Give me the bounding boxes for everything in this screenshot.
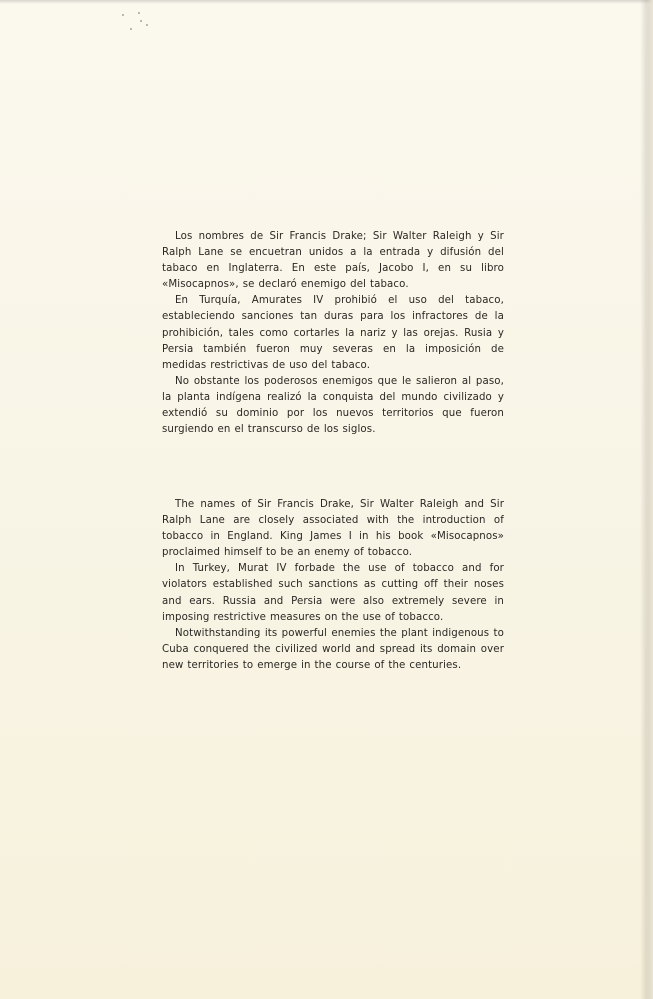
scanned-page: Los nombres de Sir Francis Drake; Sir Wa… [0, 0, 653, 999]
spanish-paragraph: No obstante los poderosos enemigos que l… [162, 374, 504, 438]
english-text-block: The names of Sir Francis Drake, Sir Walt… [162, 497, 504, 674]
spanish-text-block: Los nombres de Sir Francis Drake; Sir Wa… [162, 229, 504, 438]
english-paragraph: The names of Sir Francis Drake, Sir Walt… [162, 497, 504, 561]
english-paragraph: In Turkey, Murat IV forbade the use of t… [162, 561, 504, 625]
spanish-paragraph: Los nombres de Sir Francis Drake; Sir Wa… [162, 229, 504, 293]
spanish-paragraph: En Turquía, Amurates IV prohibió el uso … [162, 293, 504, 373]
scan-specks [118, 8, 158, 32]
english-paragraph: Notwithstanding its powerful enemies the… [162, 626, 504, 674]
